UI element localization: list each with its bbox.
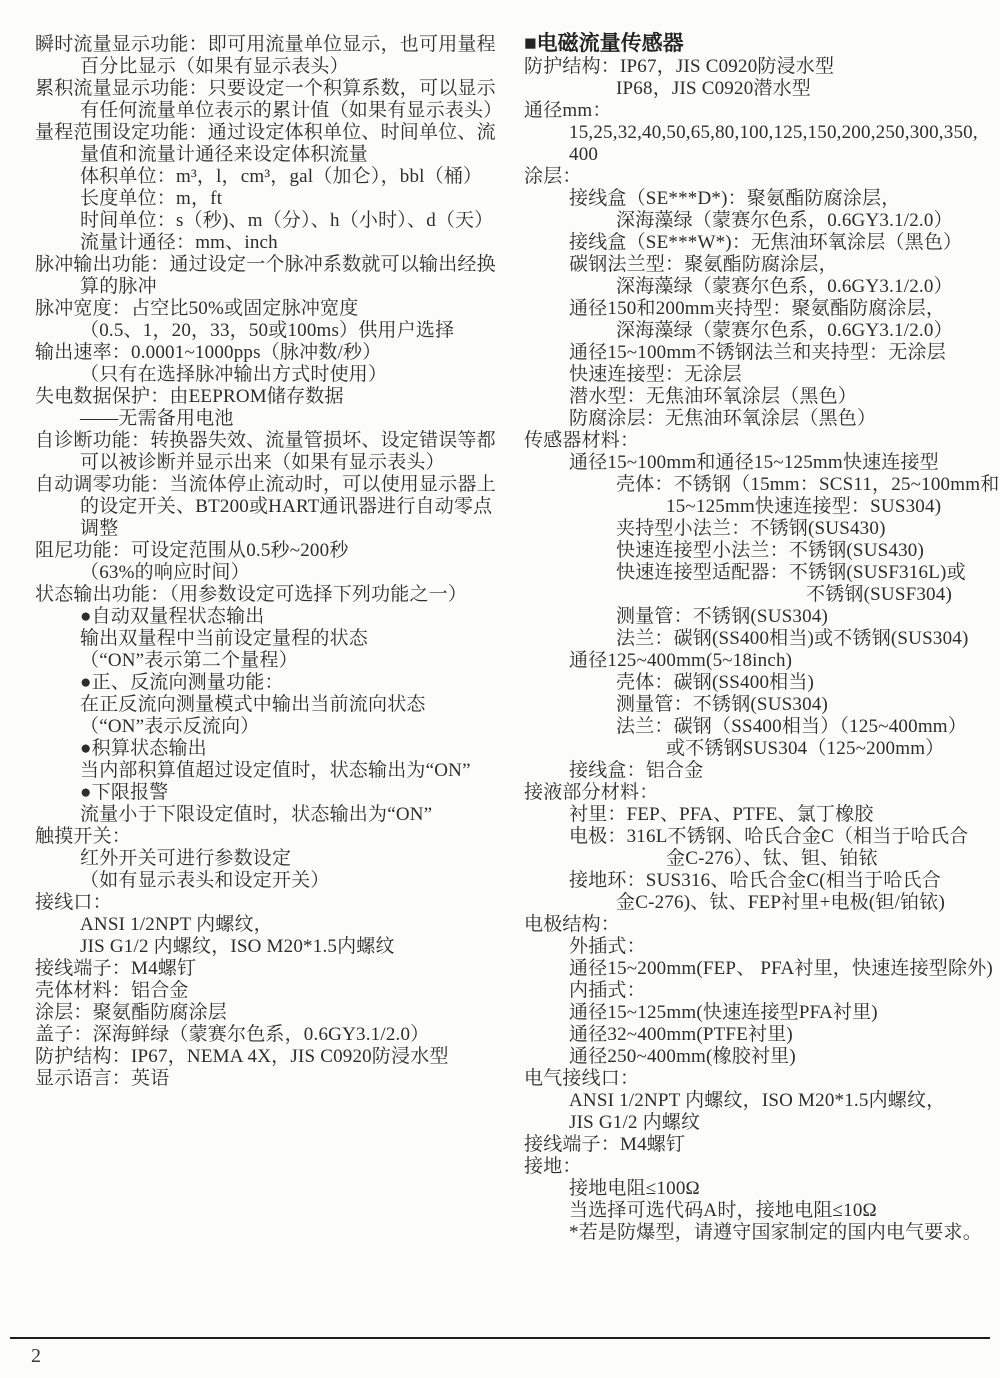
spec-line: 防腐涂层：无焦油环氧涂层（黑色） xyxy=(524,408,994,430)
spec-line: 显示语言：英语 xyxy=(35,1068,503,1090)
spec-line: 时间单位：s（秒)、m（分）、h（小时）、d（天） xyxy=(35,210,503,232)
spec-line: 通径125~400mm(5~18inch) xyxy=(524,650,994,672)
spec-line: ●积算状态输出 xyxy=(35,738,503,760)
spec-line: 壳体材料：铝合金 xyxy=(35,980,503,1002)
spec-line: 阻尼功能：可设定范围从0.5秒~200秒 xyxy=(35,540,503,562)
spec-line: 防护结构：IP67，NEMA 4X，JIS C0920防浸水型 xyxy=(35,1046,503,1068)
spec-line: 当内部积算值超过设定值时，状态输出为“ON” xyxy=(35,760,503,782)
spec-line: 接线口： xyxy=(35,892,503,914)
spec-line: 量程范围设定功能：通过设定体积单位、时间单位、流 xyxy=(35,122,503,144)
spec-line: 通径15~100mm和通径15~125mm快速连接型 xyxy=(524,452,994,474)
spec-line: JIS G1/2 内螺纹，ISO M20*1.5内螺纹 xyxy=(35,936,503,958)
spec-line: 测量管：不锈钢(SUS304) xyxy=(524,694,994,716)
spec-line: 接液部分材料： xyxy=(524,782,994,804)
spec-line: 接地： xyxy=(524,1156,994,1178)
spec-line: IP68，JIS C0920潜水型 xyxy=(524,78,994,100)
right-column-spec-text: ■电磁流量传感器 防护结构：IP67，JIS C0920防浸水型IP68，JIS… xyxy=(524,30,994,1244)
spec-line: 法兰：碳钢(SS400相当)或不锈钢(SUS304) xyxy=(524,628,994,650)
spec-line: 输出速率：0.0001~1000pps（脉冲数/秒） xyxy=(35,342,503,364)
spec-line: 在正反流向测量模式中输出当前流向状态 xyxy=(35,694,503,716)
spec-line: 瞬时流量显示功能：即可用流量单位显示，也可用量程 xyxy=(35,34,503,56)
spec-line: 涂层： xyxy=(524,166,994,188)
spec-line: 碳钢法兰型：聚氨酯防腐涂层， xyxy=(524,254,994,276)
spec-line: 传感器材料： xyxy=(524,430,994,452)
spec-line: 接线端子：M4螺钉 xyxy=(524,1134,994,1156)
spec-line: 通径15~125mm(快速连接型PFA衬里) xyxy=(524,1002,994,1024)
spec-line: 有任何流量单位表示的累计值（如果有显示表头） xyxy=(35,100,503,122)
left-column-spec-text: 瞬时流量显示功能：即可用流量单位显示，也可用量程百分比显示（如果有显示表头）累积… xyxy=(35,34,503,1090)
spec-line: ●正、反流向测量功能： xyxy=(35,672,503,694)
spec-line: 通径32~400mm(PTFE衬里) xyxy=(524,1024,994,1046)
spec-line: 通径15~100mm不锈钢法兰和夹持型：无涂层 xyxy=(524,342,994,364)
spec-line: 深海藻绿（蒙赛尔色系，0.6GY3.1/2.0） xyxy=(524,276,994,298)
spec-line: 金C-276)、钛、FEP衬里+电极(钽/铂铱) xyxy=(524,892,994,914)
spec-line: 接线盒（SE***D*)：聚氨酯防腐涂层， xyxy=(524,188,994,210)
spec-line: 400 xyxy=(524,144,994,166)
spec-line: 夹持型小法兰：不锈钢(SUS430) xyxy=(524,518,994,540)
spec-line: 接线端子：M4螺钉 xyxy=(35,958,503,980)
spec-line: 流量计通径：mm、inch xyxy=(35,232,503,254)
spec-line: 快速连接型小法兰：不锈钢(SUS430) xyxy=(524,540,994,562)
right-column-lines: 防护结构：IP67，JIS C0920防浸水型IP68，JIS C0920潜水型… xyxy=(524,56,994,1244)
spec-line: ANSI 1/2NPT 内螺纹， xyxy=(35,914,503,936)
spec-line: （只有在选择脉冲输出方式时使用） xyxy=(35,364,503,386)
spec-line: 电极：316L不锈钢、哈氏合金C（相当于哈氏合 xyxy=(524,826,994,848)
spec-line: 金C-276）、钛、钽、铂铱 xyxy=(524,848,994,870)
spec-line: 体积单位：m³，l，cm³，gal（加仑），bbl（桶） xyxy=(35,166,503,188)
spec-line: 盖子：深海鲜绿（蒙赛尔色系，0.6GY3.1/2.0） xyxy=(35,1024,503,1046)
spec-line: 测量管：不锈钢(SUS304) xyxy=(524,606,994,628)
spec-line: 脉冲输出功能：通过设定一个脉冲系数就可以输出经换 xyxy=(35,254,503,276)
spec-line: 脉冲宽度：占空比50%或固定脉冲宽度 xyxy=(35,298,503,320)
spec-line: 快速连接型：无涂层 xyxy=(524,364,994,386)
spec-line: 通径15~200mm(FEP、 PFA衬里，快速连接型除外) xyxy=(524,958,994,980)
spec-line: 外插式： xyxy=(524,936,994,958)
spec-line: ●自动双量程状态输出 xyxy=(35,606,503,628)
spec-line: 接线盒（SE***W*)：无焦油环氧涂层（黑色） xyxy=(524,232,994,254)
spec-line: ANSI 1/2NPT 内螺纹，ISO M20*1.5内螺纹， xyxy=(524,1090,994,1112)
spec-line: 状态输出功能：（用参数设定可选择下列功能之一） xyxy=(35,584,503,606)
spec-line: 调整 xyxy=(35,518,503,540)
page-number: 2 xyxy=(31,1344,41,1368)
spec-line: 通径150和200mm夹持型：聚氨酯防腐涂层， xyxy=(524,298,994,320)
spec-line: 内插式： xyxy=(524,980,994,1002)
spec-line: （0.5、1，20，33，50或100ms）供用户选择 xyxy=(35,320,503,342)
spec-line: 法兰：碳钢（SS400相当）（125~400mm） xyxy=(524,716,994,738)
spec-line: 不锈钢(SUSF304) xyxy=(524,584,994,606)
spec-line: 可以被诊断并显示出来（如果有显示表头） xyxy=(35,452,503,474)
footer-divider xyxy=(10,1337,990,1339)
spec-line: 深海藻绿（蒙赛尔色系，0.6GY3.1/2.0） xyxy=(524,210,994,232)
spec-line: 自诊断功能：转换器失效、流量管损坏、设定错误等都 xyxy=(35,430,503,452)
spec-line: 通径250~400mm(橡胶衬里) xyxy=(524,1046,994,1068)
spec-line: *若是防爆型，请遵守国家制定的国内电气要求。 xyxy=(524,1222,994,1244)
spec-line: 红外开关可进行参数设定 xyxy=(35,848,503,870)
spec-line: 流量小于下限设定值时，状态输出为“ON” xyxy=(35,804,503,826)
spec-line: 当选择可选代码A时，接地电阻≤10Ω xyxy=(524,1200,994,1222)
spec-line: JIS G1/2 内螺纹 xyxy=(524,1112,994,1134)
spec-line: （63%的响应时间） xyxy=(35,562,503,584)
spec-line: （如有显示表头和设定开关） xyxy=(35,870,503,892)
document-page: 瞬时流量显示功能：即可用流量单位显示，也可用量程百分比显示（如果有显示表头）累积… xyxy=(0,0,1000,1378)
spec-line: 电极结构： xyxy=(524,914,994,936)
spec-line: 累积流量显示功能：只要设定一个积算系数，可以显示 xyxy=(35,78,503,100)
spec-line: 15,25,32,40,50,65,80,100,125,150,200,250… xyxy=(524,122,994,144)
spec-line: 涂层：聚氨酯防腐涂层 xyxy=(35,1002,503,1024)
spec-line: 深海藻绿（蒙赛尔色系，0.6GY3.1/2.0） xyxy=(524,320,994,342)
spec-line: 电气接线口： xyxy=(524,1068,994,1090)
section-heading-electromagnetic-flow-sensor: ■电磁流量传感器 xyxy=(524,30,994,56)
spec-line: 自动调零功能：当流体停止流动时，可以使用显示器上 xyxy=(35,474,503,496)
spec-line: 接地环：SUS316、哈氏合金C(相当于哈氏合 xyxy=(524,870,994,892)
spec-line: 潜水型：无焦油环氧涂层（黑色） xyxy=(524,386,994,408)
spec-line: 算的脉冲 xyxy=(35,276,503,298)
spec-line: 快速连接型适配器：不锈钢(SUSF316L)或 xyxy=(524,562,994,584)
spec-line: （“ON”表示第二个量程） xyxy=(35,650,503,672)
spec-line: 百分比显示（如果有显示表头） xyxy=(35,56,503,78)
spec-line: 量值和流量计通径来设定体积流量 xyxy=(35,144,503,166)
spec-line: 输出双量程中当前设定量程的状态 xyxy=(35,628,503,650)
spec-line: 壳体：不锈钢（15mm：SCS11，25~100mm和 xyxy=(524,474,994,496)
spec-line: 衬里：FEP、PFA、PTFE、氯丁橡胶 xyxy=(524,804,994,826)
spec-line: （“ON”表示反流向） xyxy=(35,716,503,738)
spec-line: ——无需备用电池 xyxy=(35,408,503,430)
spec-line: 防护结构：IP67，JIS C0920防浸水型 xyxy=(524,56,994,78)
spec-line: 失电数据保护：由EEPROM储存数据 xyxy=(35,386,503,408)
spec-line: 通径mm： xyxy=(524,100,994,122)
spec-line: 或不锈钢SUS304（125~200mm） xyxy=(524,738,994,760)
spec-line: 接线盒：铝合金 xyxy=(524,760,994,782)
spec-line: 接地电阻≤100Ω xyxy=(524,1178,994,1200)
spec-line: 长度单位：m，ft xyxy=(35,188,503,210)
spec-line: 15~125mm快速连接型：SUS304) xyxy=(524,496,994,518)
spec-line: ●下限报警 xyxy=(35,782,503,804)
spec-line: 的设定开关、BT200或HART通讯器进行自动零点 xyxy=(35,496,503,518)
spec-line: 触摸开关： xyxy=(35,826,503,848)
spec-line: 壳体：碳钢(SS400相当) xyxy=(524,672,994,694)
